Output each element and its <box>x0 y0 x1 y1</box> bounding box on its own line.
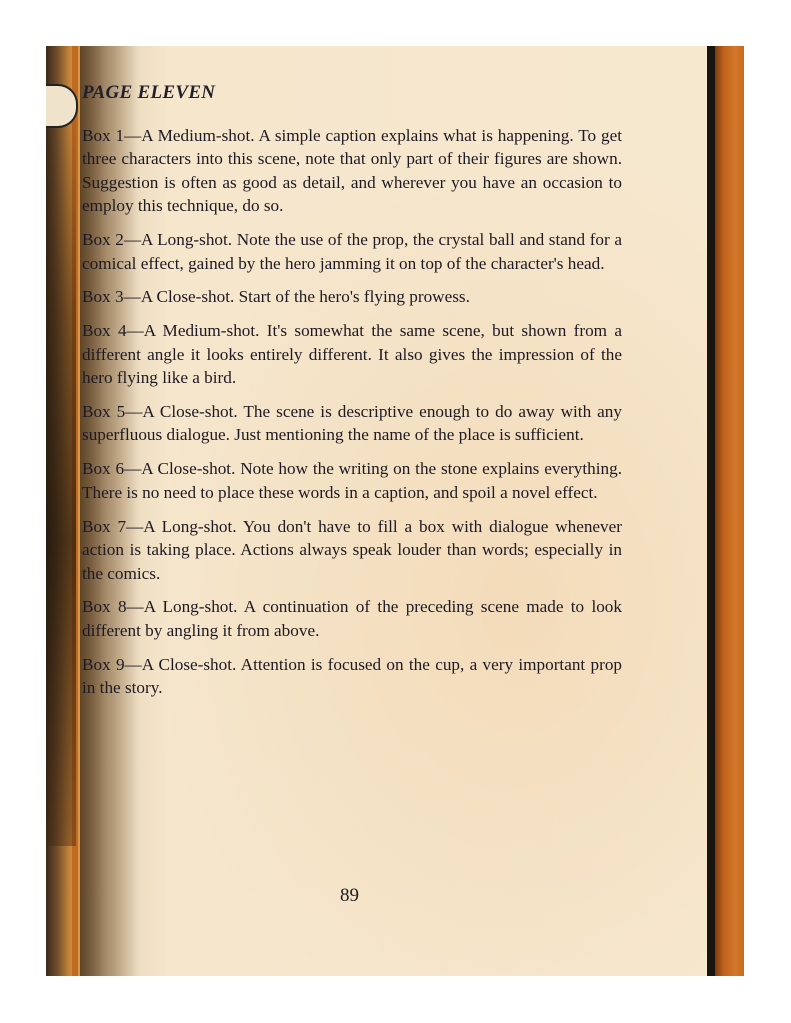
paragraph-box-5: Box 5—A Close-shot. The scene is descrip… <box>82 400 622 447</box>
page-content: PAGE ELEVEN Box 1—A Medium-shot. A simpl… <box>82 82 622 710</box>
paragraph-box-6: Box 6—A Close-shot. Note how the writing… <box>82 457 622 504</box>
paragraph-box-2: Box 2—A Long-shot. Note the use of the p… <box>82 228 622 275</box>
page-edge-dark <box>707 46 715 976</box>
paragraph-box-1: Box 1—A Medium-shot. A simple caption ex… <box>82 124 622 218</box>
book-cover-edge <box>715 46 744 976</box>
page-heading: PAGE ELEVEN <box>82 82 622 104</box>
paragraph-box-4: Box 4—A Medium-shot. It's somewhat the s… <box>82 319 622 389</box>
paragraph-box-3: Box 3—A Close-shot. Start of the hero's … <box>82 285 622 308</box>
paragraph-box-8: Box 8—A Long-shot. A continuation of the… <box>82 595 622 642</box>
paragraph-box-9: Box 9—A Close-shot. Attention is focused… <box>82 653 622 700</box>
paragraph-box-7: Box 7—A Long-shot. You don't have to fil… <box>82 515 622 585</box>
page-number: 89 <box>340 885 359 907</box>
facing-page-bleed <box>46 86 76 846</box>
